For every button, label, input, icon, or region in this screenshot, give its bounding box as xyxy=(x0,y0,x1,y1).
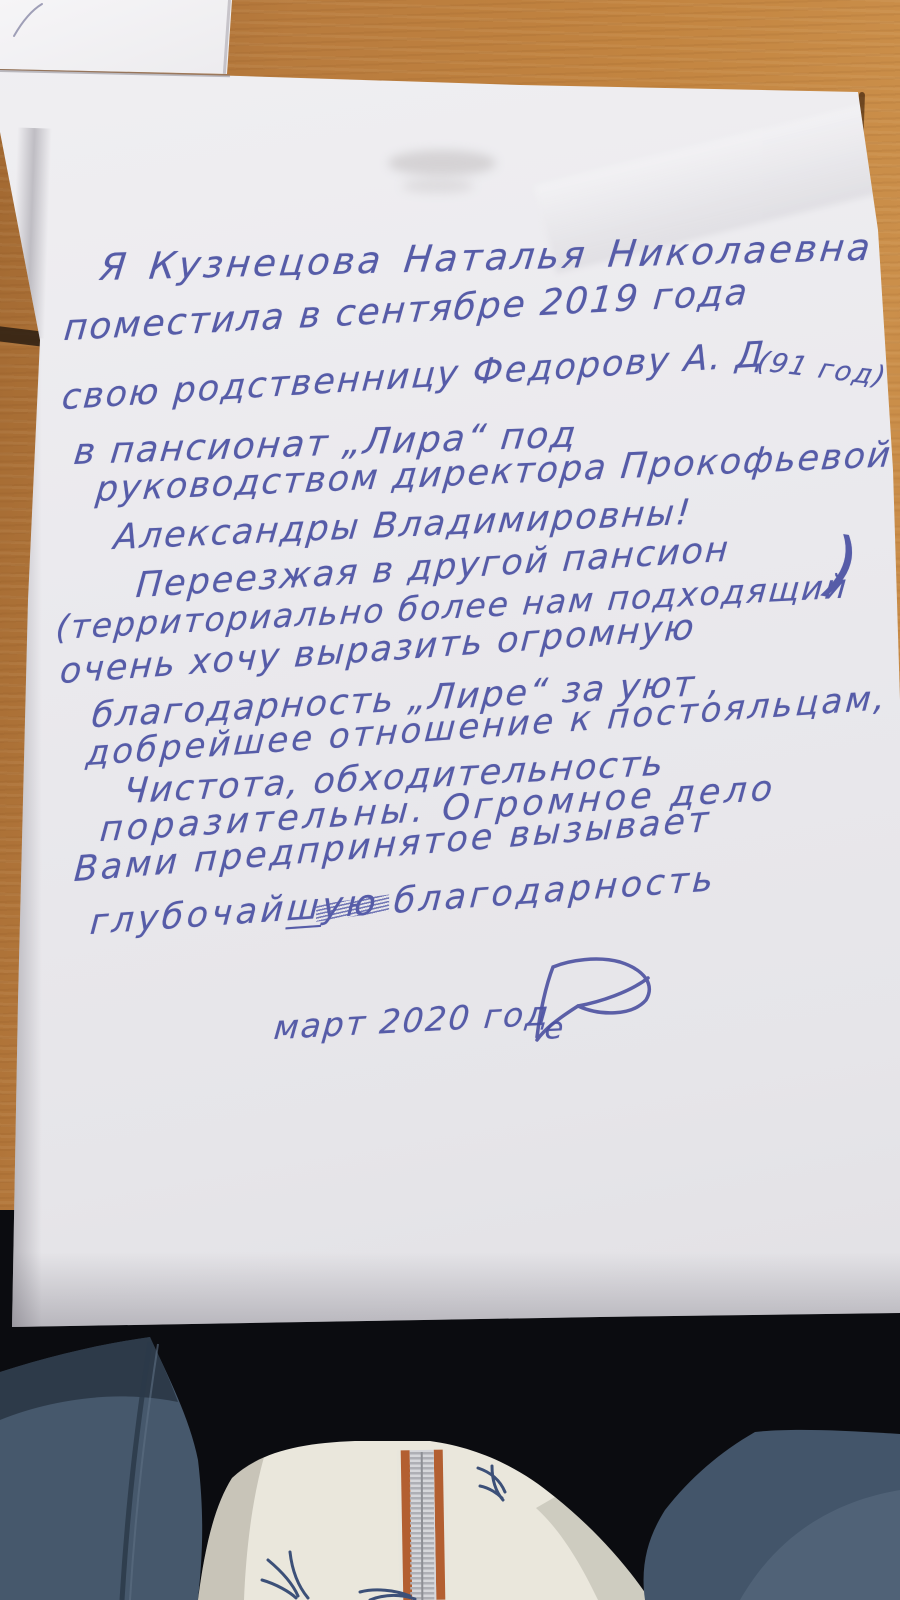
date-flourish: е xyxy=(543,1011,567,1047)
photo-scene: Я Кузнецова Наталья Николаевна поместила… xyxy=(0,0,900,1600)
ink-smudge xyxy=(402,179,474,193)
ink-smudge xyxy=(388,150,496,176)
paper-scrap-top-left xyxy=(0,0,240,80)
zipper xyxy=(397,1450,450,1600)
scribbled-letters: ую xyxy=(321,883,381,927)
